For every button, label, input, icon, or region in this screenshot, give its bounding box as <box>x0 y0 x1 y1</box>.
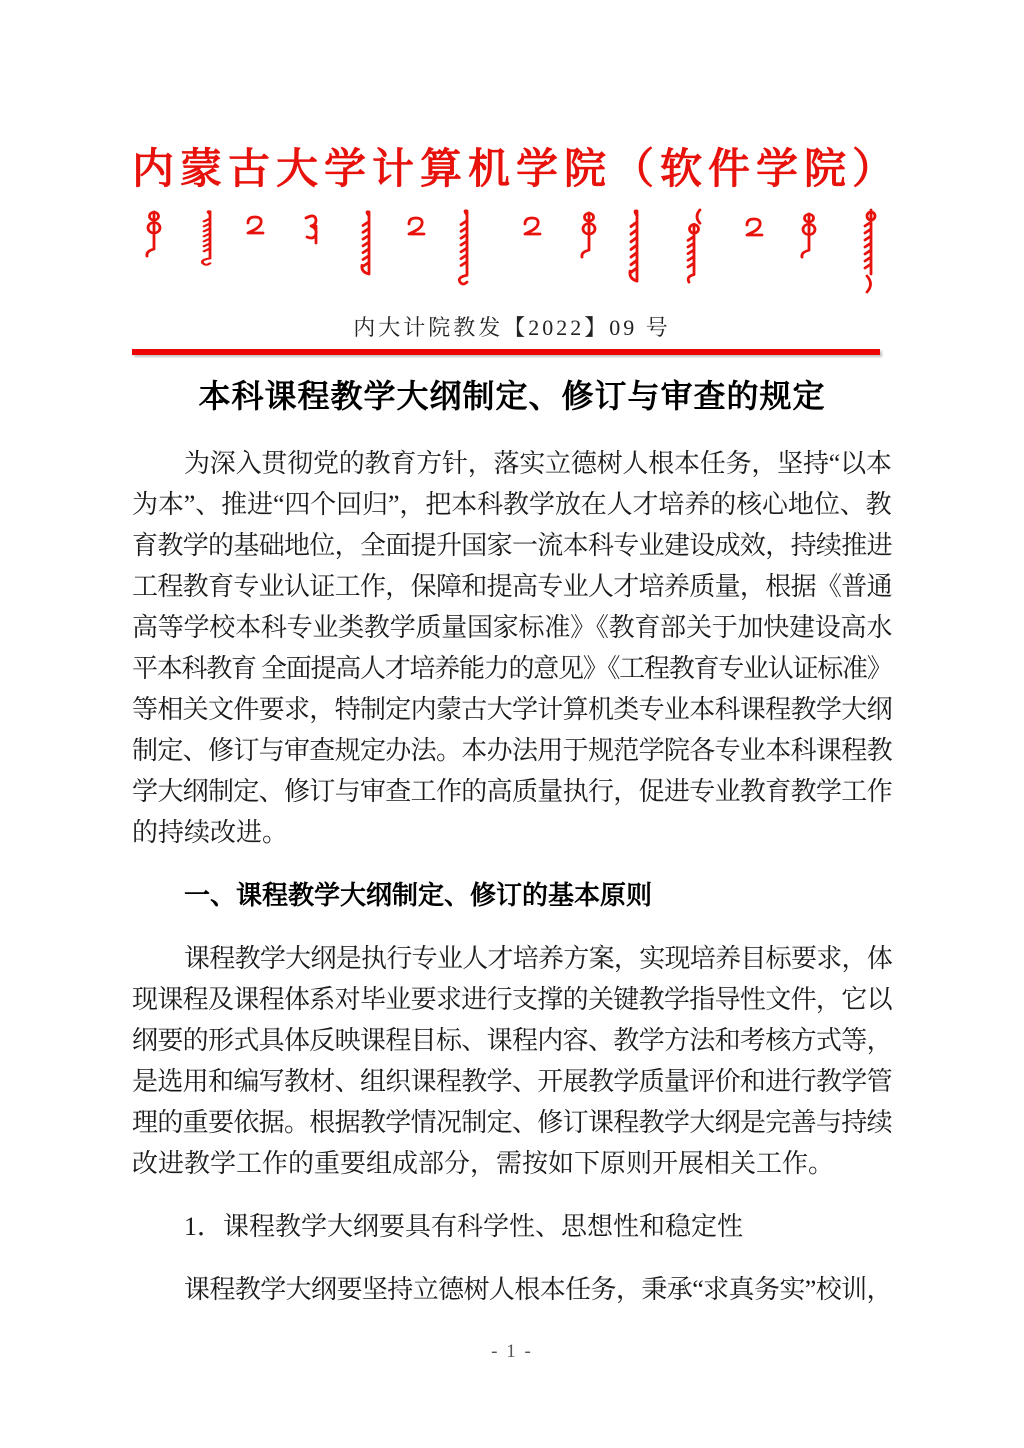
mongolian-glyph <box>147 212 160 256</box>
list-item: 1．课程教学大纲要具有科学性、思想性和稳定性 <box>132 1206 892 1247</box>
mongolian-glyph <box>802 214 815 257</box>
text-line: 工程教育专业认证工作，保障和提高专业人才培养质量，根据《普通 <box>132 566 892 607</box>
mongolian-glyph <box>688 210 700 282</box>
text-line: 1．课程教学大纲要具有科学性、思想性和稳定性 <box>132 1206 892 1247</box>
mongolian-glyph <box>747 219 762 235</box>
text-line: 等相关文件要求，特制定内蒙古大学计算机类专业本科课程教学大纲 <box>132 689 892 730</box>
text-line: 现课程及课程体系对毕业要求进行支撑的关键教学指导性文件，它以 <box>132 979 892 1020</box>
text-line: 纲要的形式具体反映课程目标、课程内容、教学方法和考核方式等， <box>132 1020 892 1061</box>
doc-number: 内大计院教发【2022】09 号 <box>132 316 892 340</box>
mongolian-glyph <box>202 211 210 264</box>
mongolian-glyph <box>630 211 637 281</box>
text-line: 学大纲制定、修订与审查工作的高质量执行，促进专业教育教学工作 <box>132 771 892 812</box>
document-title: 本科课程教学大纲制定、修订与审查的规定 <box>132 379 892 413</box>
page-number: - 1 - <box>0 1341 1024 1363</box>
document-body: 为深入贯彻党的教育方针，落实立德树人根本任务，坚持“以本为本”、推进“四个回归”… <box>132 443 892 1310</box>
text-line: 为本”、推进“四个回归”，把本科教学放在人才培养的核心地位、教 <box>132 484 892 525</box>
text-line: 课程教学大纲是执行专业人才培养方案，实现培养目标要求，体 <box>132 938 892 979</box>
mongolian-glyph <box>582 213 595 257</box>
paragraph: 为深入贯彻党的教育方针，落实立德树人根本任务，坚持“以本为本”、推进“四个回归”… <box>132 443 892 853</box>
text-line: 改进教学工作的重要组成部分，需按如下原则开展相关工作。 <box>132 1143 892 1184</box>
document-content: 内蒙古大学计算机学院（软件学院） <box>132 0 892 1310</box>
text-line: 为深入贯彻党的教育方针，落实立德树人根本任务，坚持“以本 <box>132 443 892 484</box>
mongolian-glyph <box>362 212 369 274</box>
document-page: 内蒙古大学计算机学院（软件学院） <box>0 0 1024 1448</box>
text-line: 课程教学大纲要坚持立德树人根本任务，秉承“求真务实”校训， <box>132 1269 892 1310</box>
text-line: 是选用和编写教材、组织课程教学、开展教学质量评价和进行教学管 <box>132 1061 892 1102</box>
mongolian-glyph <box>248 217 263 233</box>
text-line: 平本科教育 全面提高人才培养能力的意见》《工程教育专业认证标准》 <box>132 648 892 689</box>
mongolian-glyph <box>865 210 875 292</box>
text-line: 的持续改进。 <box>132 812 892 853</box>
mongolian-glyph <box>459 211 467 284</box>
mongolian-script <box>132 208 892 300</box>
text-line: 理的重要依据。根据教学情况制定、修订课程教学大纲是完善与持续 <box>132 1102 892 1143</box>
paragraph: 课程教学大纲是执行专业人才培养方案，实现培养目标要求，体现课程及课程体系对毕业要… <box>132 938 892 1184</box>
text-line: 高等学校本科专业类教学质量国家标准》《教育部关于加快建设高水 <box>132 607 892 648</box>
text-line: 育教学的基础地位，全面提升国家一流本科专业建设成效，持续推进 <box>132 525 892 566</box>
text-line: 制定、修订与审查规定办法。本办法用于规范学院各专业本科课程教 <box>132 730 892 771</box>
red-divider <box>132 349 880 355</box>
org-title: 内蒙古大学计算机学院（软件学院） <box>132 146 892 194</box>
paragraph: 课程教学大纲要坚持立德树人根本任务，秉承“求真务实”校训， <box>132 1269 892 1310</box>
mongolian-glyph <box>306 216 316 243</box>
section-heading: 一、课程教学大纲制定、修订的基本原则 <box>132 875 892 916</box>
mongolian-glyph <box>409 218 424 234</box>
mongolian-glyph <box>525 218 540 234</box>
text-line: 一、课程教学大纲制定、修订的基本原则 <box>132 875 892 916</box>
